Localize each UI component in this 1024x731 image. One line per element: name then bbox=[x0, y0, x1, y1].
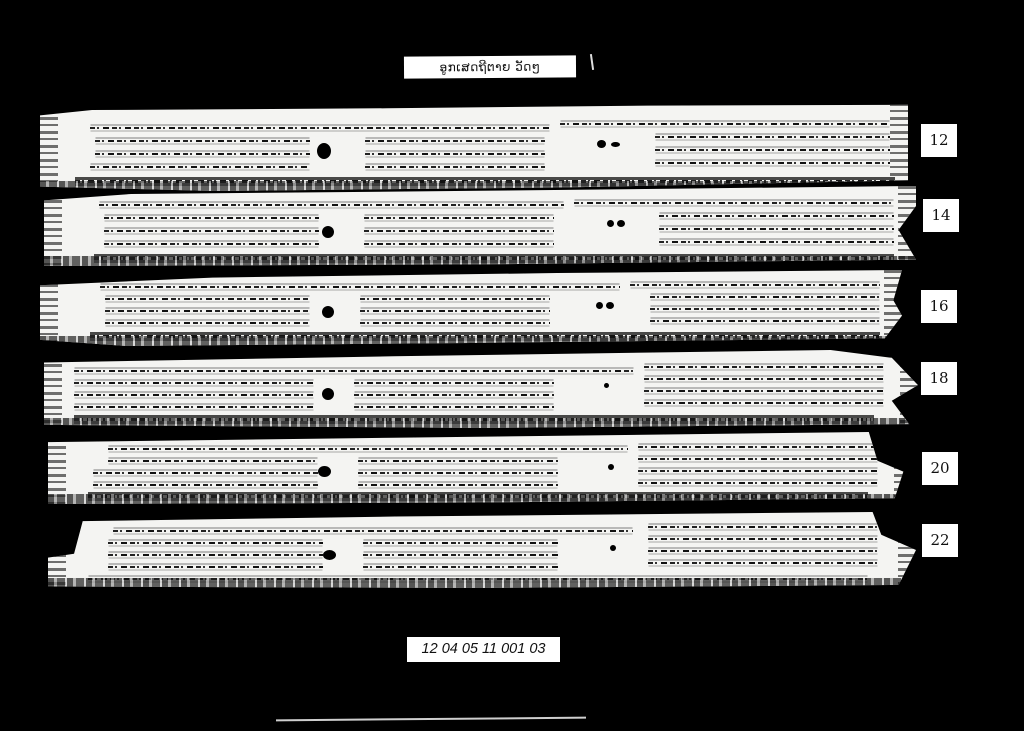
palm-leaf-22 bbox=[48, 512, 916, 588]
binding-hole bbox=[322, 388, 334, 400]
palm-leaf-18 bbox=[44, 350, 918, 428]
palm-leaf-12 bbox=[40, 103, 908, 191]
page-number-label: 14 bbox=[923, 199, 959, 232]
binding-hole bbox=[611, 142, 620, 147]
palm-leaf-14 bbox=[44, 186, 916, 266]
binding-hole bbox=[597, 140, 606, 148]
binding-hole bbox=[607, 220, 614, 227]
tick-mark bbox=[590, 54, 594, 70]
microfilm-id-label: 12 04 05 11 001 03 bbox=[407, 637, 560, 662]
binding-hole bbox=[318, 466, 331, 477]
binding-hole bbox=[617, 220, 625, 227]
page-number-label: 16 bbox=[921, 290, 957, 323]
binding-hole bbox=[322, 306, 334, 318]
binding-hole bbox=[323, 550, 336, 560]
binding-hole bbox=[596, 302, 603, 309]
bottom-rule bbox=[276, 717, 586, 722]
binding-hole bbox=[604, 383, 609, 388]
page-number-label: 22 bbox=[922, 524, 958, 557]
page-number-label: 12 bbox=[921, 124, 957, 157]
palm-leaf-20 bbox=[48, 432, 912, 504]
page-number-label: 20 bbox=[922, 452, 958, 485]
manuscript-title-label: ອູກເສດຖີຕາຍ ວັດໆ bbox=[404, 55, 576, 78]
binding-hole bbox=[322, 226, 334, 238]
binding-hole bbox=[317, 143, 331, 159]
page-number-label: 18 bbox=[921, 362, 957, 395]
binding-hole bbox=[610, 545, 616, 551]
binding-hole bbox=[606, 302, 614, 309]
binding-hole bbox=[608, 464, 614, 470]
palm-leaf-16 bbox=[40, 270, 902, 346]
